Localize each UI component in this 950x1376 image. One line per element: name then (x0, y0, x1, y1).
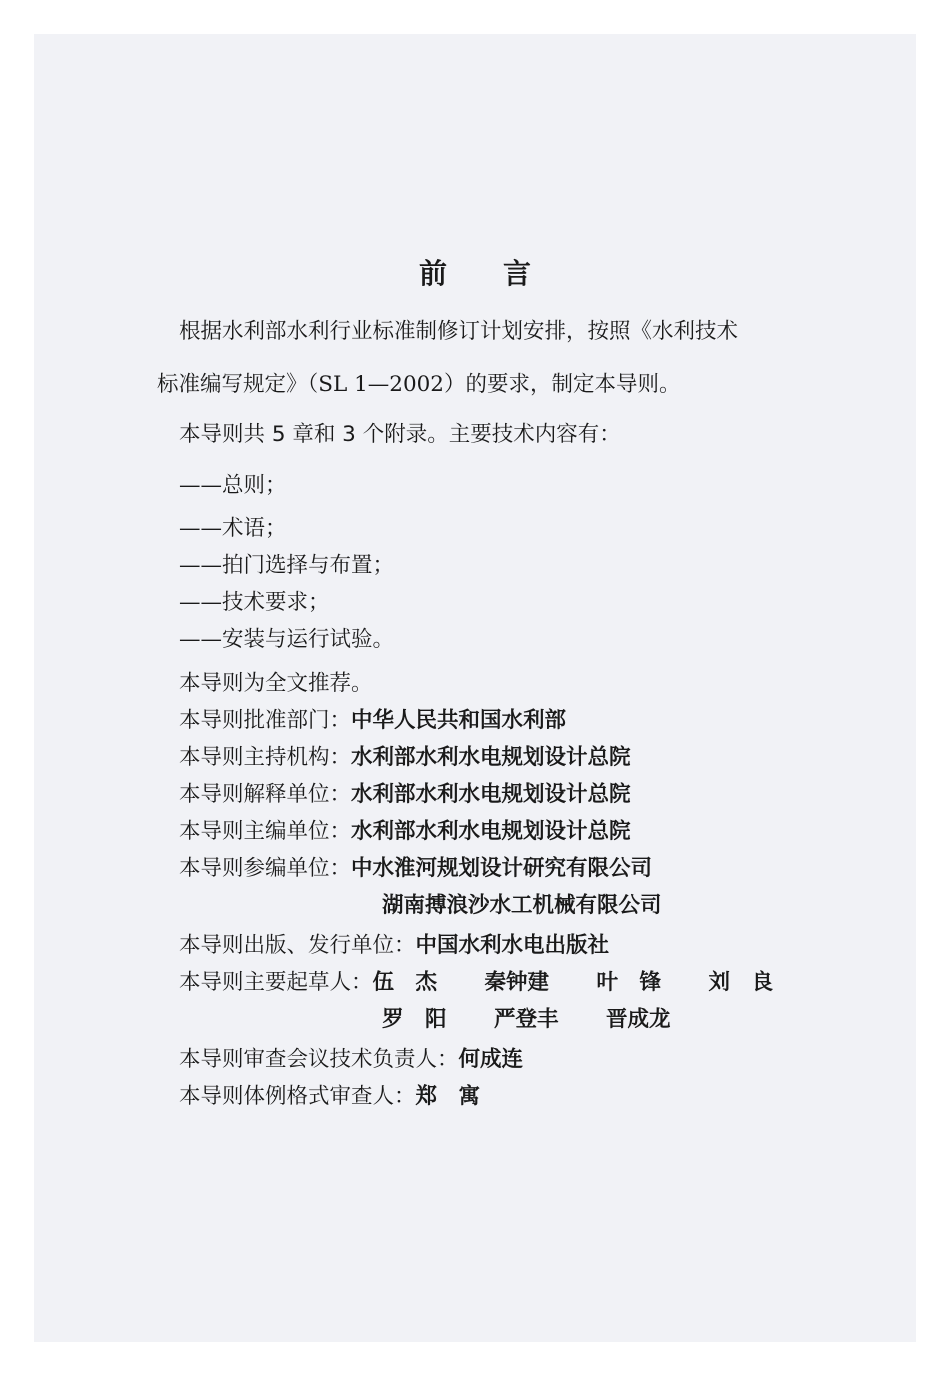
credit-label: 本导则参编单位： (179, 856, 351, 881)
credit-value: 郑 寓 (416, 1084, 481, 1109)
document-page: 前言 根据水利部水利行业标准制修订计划安排，按照《水利技术 标准编写规定》（SL… (34, 34, 916, 1342)
credit-drafters: 本导则主要起草人：伍 杰秦钟建叶 锋刘 良 (179, 968, 773, 998)
paragraph-2: 本导则共 5 章和 3 个附录。主要技术内容有： (179, 420, 621, 450)
credit-publisher: 本导则出版、发行单位：中国水利水电出版社 (179, 931, 609, 961)
credit-label: 本导则主要起草人： (179, 968, 373, 998)
credit-value: 中华人民共和国水利部 (351, 708, 566, 733)
list-item: ——总则； (179, 471, 287, 501)
drafter-name: 叶 锋 (597, 968, 709, 998)
drafter-name: 罗 阳 (382, 1005, 494, 1035)
drafter-name: 秦钟建 (485, 968, 597, 998)
credit-value: 水利部水利水电规划设计总院 (351, 819, 631, 844)
credit-label: 本导则解释单位： (179, 782, 351, 807)
paragraph-1-line-2: 标准编写规定》（SL 1—2002）的要求，制定本导则。 (157, 370, 681, 400)
credit-label: 本导则主编单位： (179, 819, 351, 844)
credit-participating: 本导则参编单位：中水淮河规划设计研究有限公司 (179, 854, 652, 884)
credit-chief-editor: 本导则主编单位：水利部水利水电规划设计总院 (179, 817, 631, 847)
credit-interpretation: 本导则解释单位：水利部水利水电规划设计总院 (179, 780, 631, 810)
credit-participating-2: 湖南搏浪沙水工机械有限公司 (382, 891, 662, 921)
credit-value: 水利部水利水电规划设计总院 (351, 782, 631, 807)
credit-value: 中水淮河规划设计研究有限公司 (351, 856, 652, 881)
credit-value: 中国水利水电出版社 (416, 933, 610, 958)
paragraph-1-line-1: 根据水利部水利行业标准制修订计划安排，按照《水利技术 (179, 317, 738, 347)
list-item: ——技术要求； (179, 588, 330, 618)
credit-label: 本导则批准部门： (179, 708, 351, 733)
credit-format-reviewer: 本导则体例格式审查人：郑 寓 (179, 1082, 480, 1112)
credit-label: 本导则出版、发行单位： (179, 933, 416, 958)
credit-label: 本导则审查会议技术负责人： (179, 1047, 459, 1072)
credit-label: 本导则主持机构： (179, 745, 351, 770)
credit-label: 本导则体例格式审查人： (179, 1084, 416, 1109)
drafter-name: 严登丰 (494, 1005, 606, 1035)
credit-host: 本导则主持机构：水利部水利水电规划设计总院 (179, 743, 631, 773)
list-item: ——安装与运行试验。 (179, 625, 394, 655)
drafter-name: 晋成龙 (606, 1005, 671, 1035)
drafter-name: 伍 杰 (373, 968, 485, 998)
list-item: ——术语； (179, 514, 287, 544)
credit-drafters-row-2: 罗 阳严登丰晋成龙 (382, 1005, 671, 1035)
title-char-1: 前 (419, 252, 447, 292)
credit-review-lead: 本导则审查会议技术负责人：何成连 (179, 1045, 523, 1075)
title-char-2: 言 (503, 252, 531, 292)
credit-value: 何成连 (459, 1047, 524, 1072)
paragraph-3: 本导则为全文推荐。 (179, 669, 373, 699)
drafter-name: 刘 良 (709, 968, 774, 998)
credit-value: 水利部水利水电规划设计总院 (351, 745, 631, 770)
page-title: 前言 (34, 252, 916, 292)
credit-approval: 本导则批准部门：中华人民共和国水利部 (179, 706, 566, 736)
list-item: ——拍门选择与布置； (179, 551, 394, 581)
